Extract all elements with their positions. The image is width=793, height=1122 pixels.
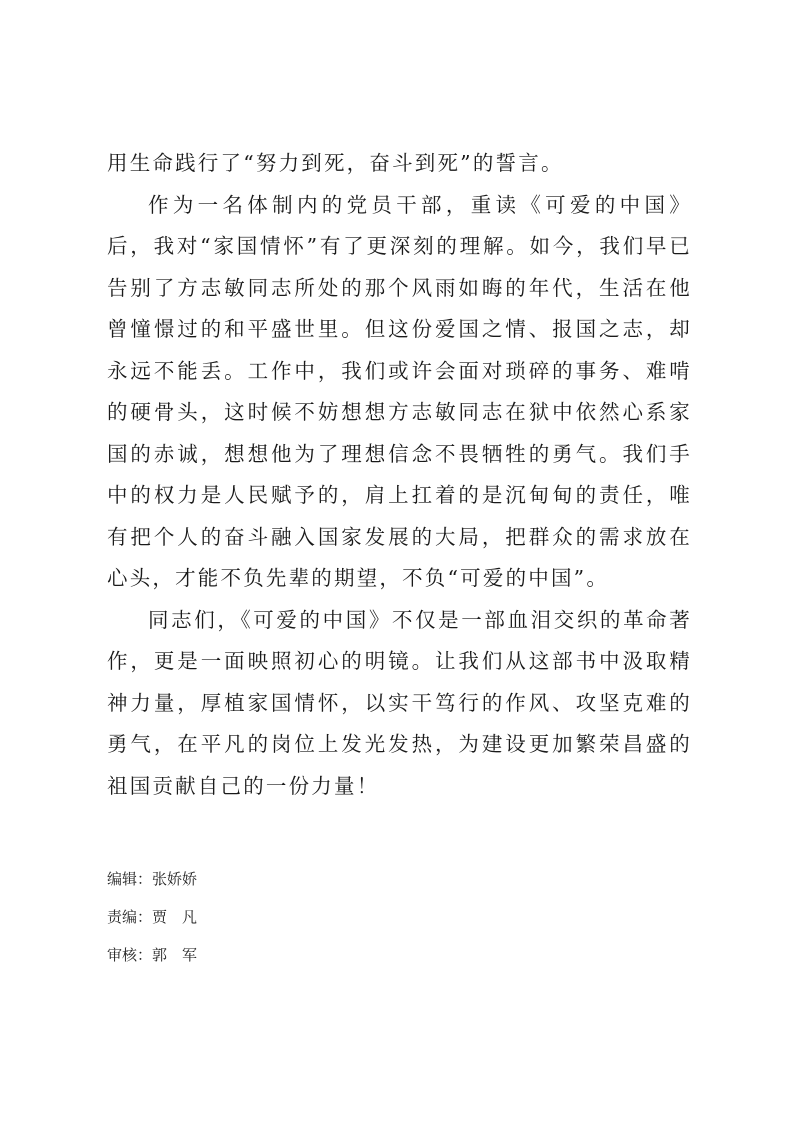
responsible-editor-credit: 责编：贾 凡 bbox=[107, 898, 197, 936]
document-body: 用生命践行了“努力到死，奋斗到死”的誓言。 作为一名体制内的党员干部，重读《可爱… bbox=[107, 143, 692, 807]
paragraph-3: 同志们，《可爱的中国》不仅是一部血泪交织的革命著作，更是一面映照初心的明镜。让我… bbox=[107, 600, 692, 808]
reviewer-credit: 审核：郭 军 bbox=[107, 936, 197, 974]
credits-footer: 编辑：张娇娇 责编：贾 凡 审核：郭 军 bbox=[107, 860, 197, 974]
editor-credit: 编辑：张娇娇 bbox=[107, 860, 197, 898]
paragraph-1: 用生命践行了“努力到死，奋斗到死”的誓言。 bbox=[107, 143, 692, 185]
paragraph-2: 作为一名体制内的党员干部，重读《可爱的中国》后，我对“家国情怀”有了更深刻的理解… bbox=[107, 185, 692, 600]
